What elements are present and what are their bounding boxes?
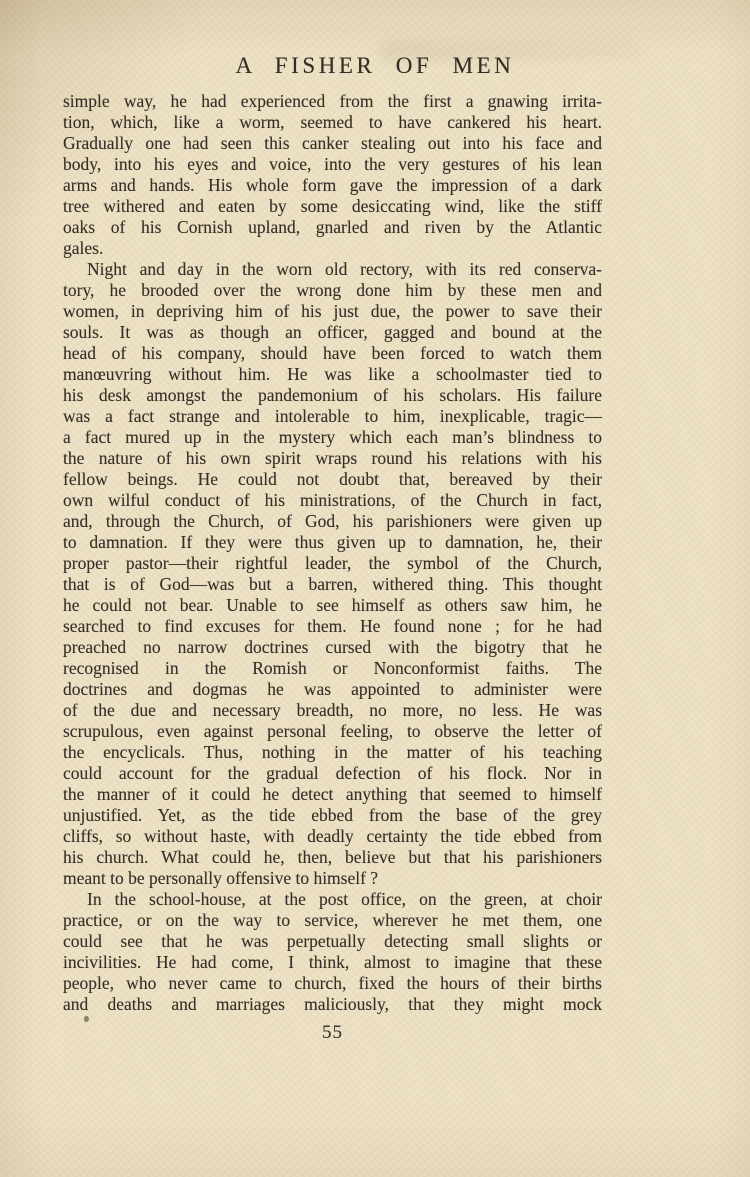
text-line: women, in depriving him of his just due,… [63, 301, 602, 322]
text-line: own wilful conduct of his ministrations,… [63, 490, 602, 511]
text-line: the encyclicals. Thus, nothing in the ma… [63, 742, 602, 763]
book-page: A FISHER OF MEN simple way, he had exper… [0, 0, 750, 1177]
text-block: simple way, he had experienced from the … [63, 91, 602, 1015]
text-line: cliffs, so without haste, with deadly ce… [63, 826, 602, 847]
text-line: unjustified. Yet, as the tide ebbed from… [63, 805, 602, 826]
text-line: could account for the gradual defection … [63, 763, 602, 784]
text-line: he could not bear. Unable to see himself… [63, 595, 602, 616]
text-line: gales. [63, 238, 602, 259]
text-line: souls. It was as though an officer, gagg… [63, 322, 602, 343]
text-line: recognised in the Romish or Nonconformis… [63, 658, 602, 679]
text-line: the nature of his own spirit wraps round… [63, 448, 602, 469]
text-line: of the due and necessary breadth, no mor… [63, 700, 602, 721]
text-line: to damnation. If they were thus given up… [63, 532, 602, 553]
text-line: searched to find excuses for them. He fo… [63, 616, 602, 637]
page-number: 55 [63, 1022, 602, 1044]
text-line: people, who never came to church, fixed … [63, 973, 602, 994]
text-line: manœuvring without him. He was like a sc… [63, 364, 602, 385]
text-line: and deaths and marriages maliciously, th… [63, 994, 602, 1015]
text-line: body, into his eyes and voice, into the … [63, 154, 602, 175]
text-line: fellow beings. He could not doubt that, … [63, 469, 602, 490]
text-line: tion, which, like a worm, seemed to have… [63, 112, 602, 133]
text-line: the manner of it could he detect anythin… [63, 784, 602, 805]
running-title: A FISHER OF MEN [0, 53, 750, 79]
text-line: Night and day in the worn old rectory, w… [63, 259, 602, 280]
text-line: doctrines and dogmas he was appointed to… [63, 679, 602, 700]
text-line: simple way, he had experienced from the … [63, 91, 602, 112]
text-line: In the school-house, at the post office,… [63, 889, 602, 910]
text-line: was a fact strange and intolerable to hi… [63, 406, 602, 427]
text-line: could see that he was perpetually detect… [63, 931, 602, 952]
text-line: that is of God—was but a barren, withere… [63, 574, 602, 595]
text-line: tree withered and eaten by some desiccat… [63, 196, 602, 217]
text-line: oaks of his Cornish upland, gnarled and … [63, 217, 602, 238]
text-line: meant to be personally offensive to hims… [63, 868, 602, 889]
text-line: a fact mured up in the mystery which eac… [63, 427, 602, 448]
text-line: arms and hands. His whole form gave the … [63, 175, 602, 196]
text-line: Gradually one had seen this canker steal… [63, 133, 602, 154]
text-line: preached no narrow doctrines cursed with… [63, 637, 602, 658]
text-line: and, through the Church, of God, his par… [63, 511, 602, 532]
text-line: scrupulous, even against personal feelin… [63, 721, 602, 742]
text-line: incivilities. He had come, I think, almo… [63, 952, 602, 973]
text-line: head of his company, should have been fo… [63, 343, 602, 364]
text-line: tory, he brooded over the wrong done him… [63, 280, 602, 301]
text-line: practice, or on the way to service, wher… [63, 910, 602, 931]
text-line: his church. What could he, then, believe… [63, 847, 602, 868]
text-line: proper pastor—their rightful leader, the… [63, 553, 602, 574]
text-line: his desk amongst the pandemonium of his … [63, 385, 602, 406]
